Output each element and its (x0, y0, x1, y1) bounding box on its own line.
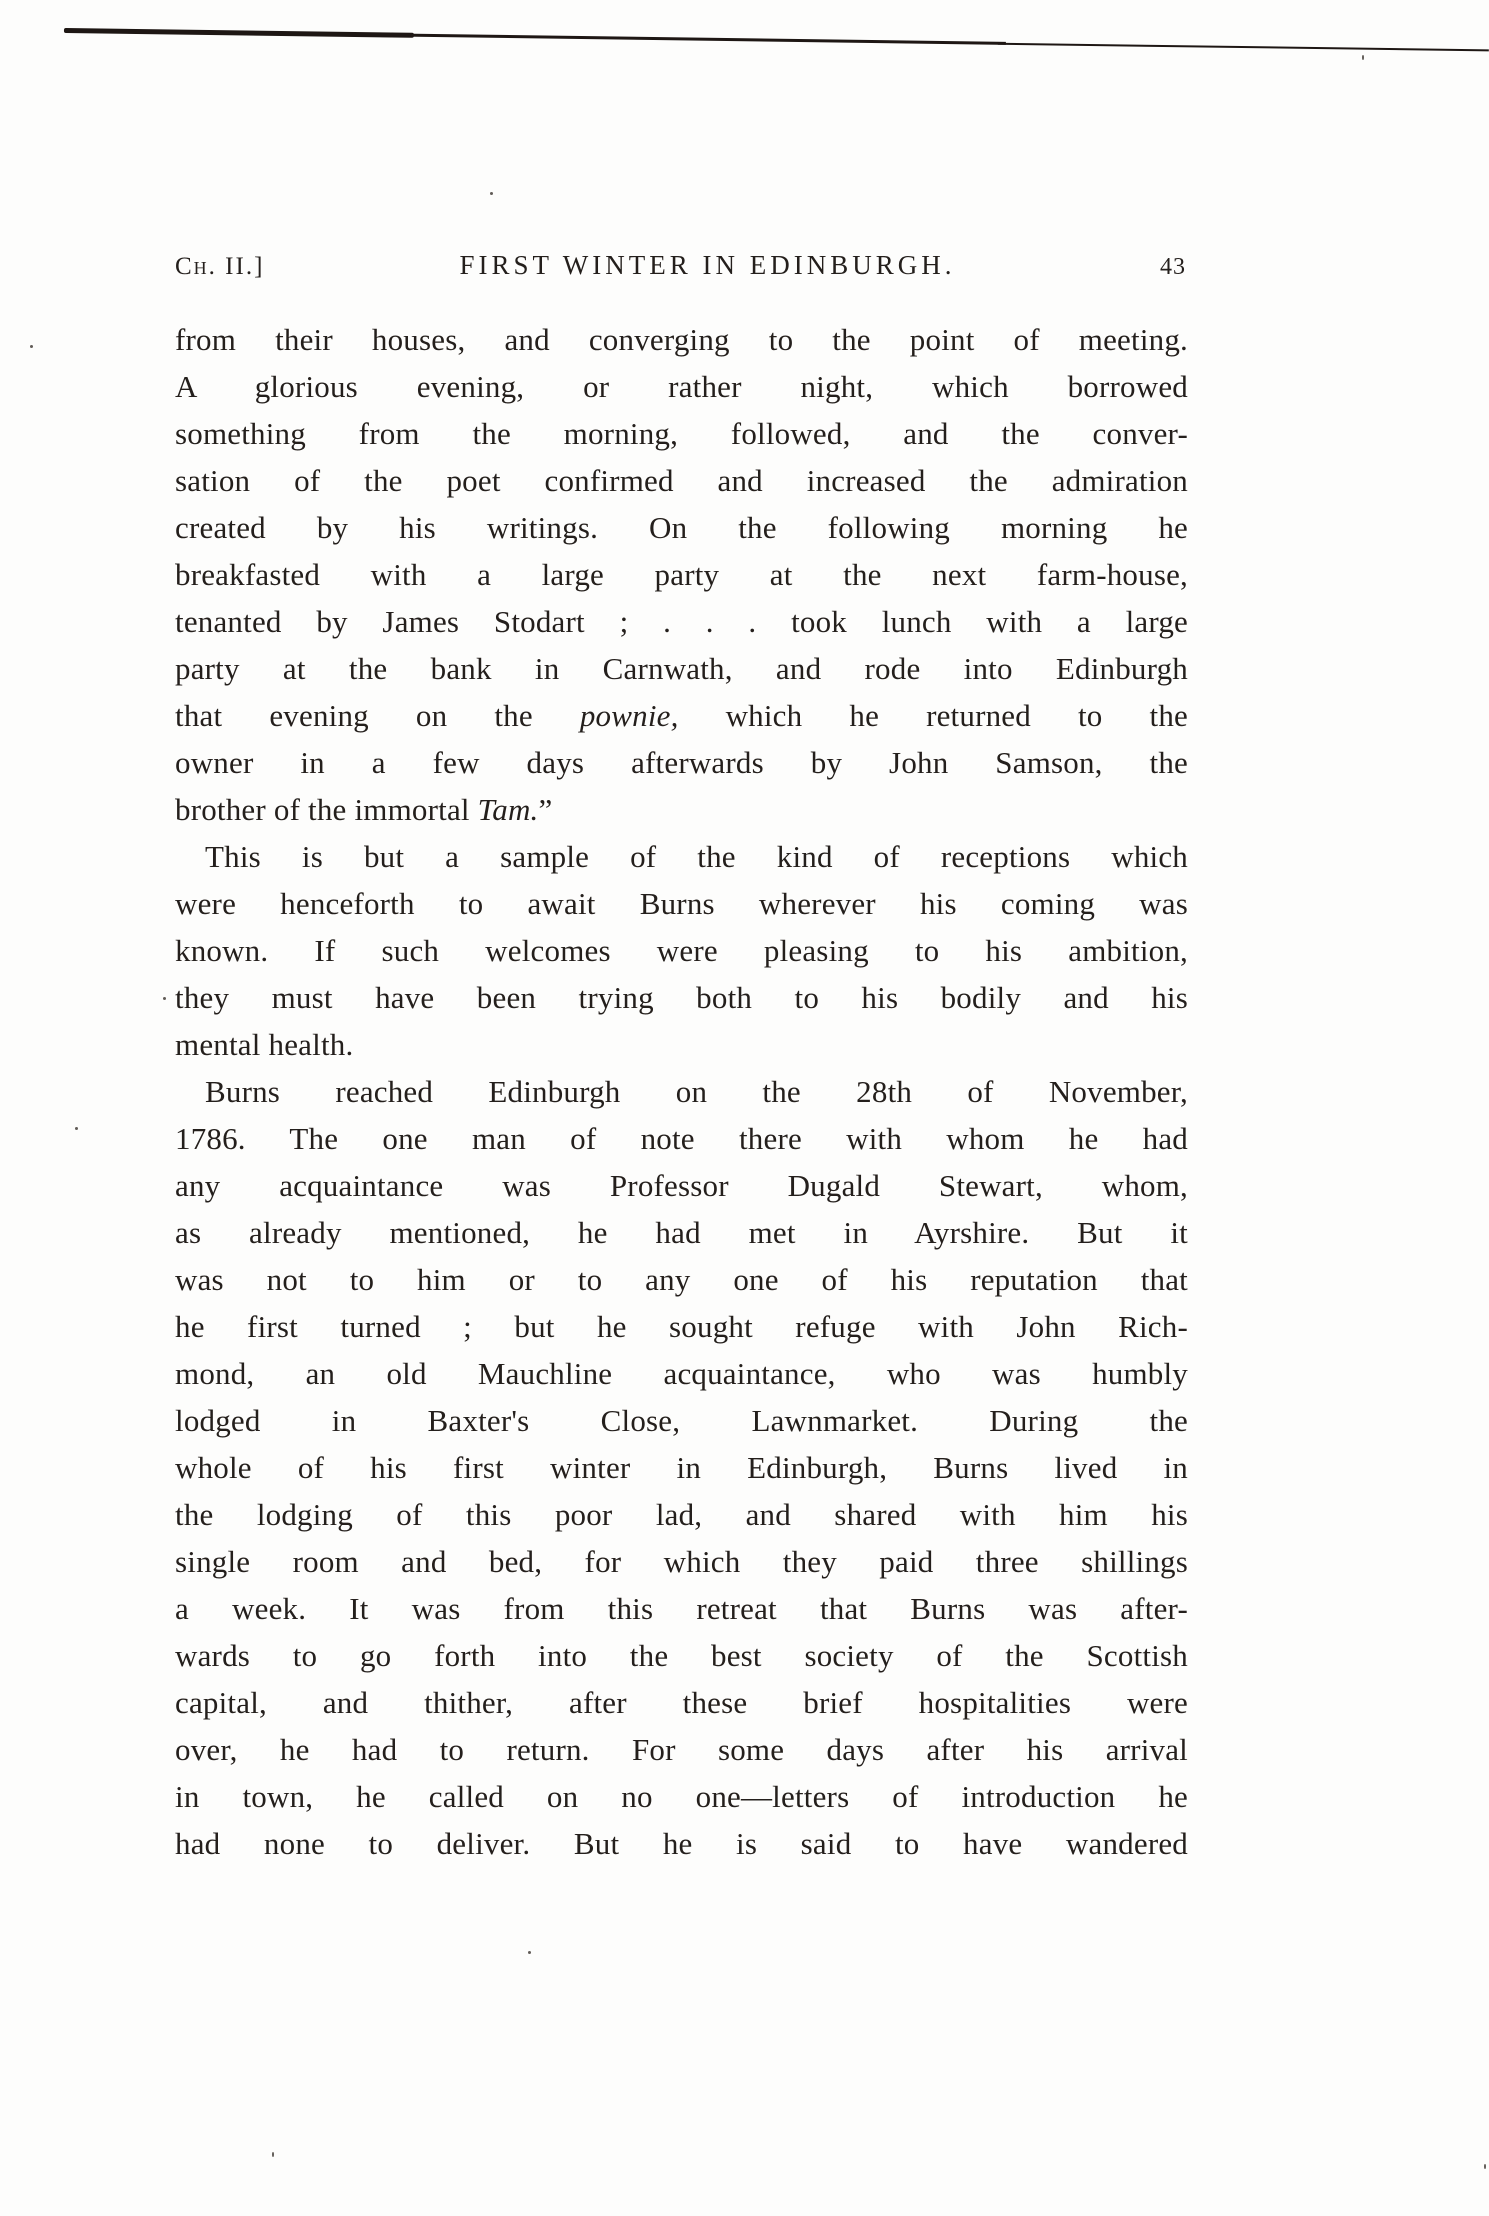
scan-speck (75, 1127, 78, 1130)
scan-speck (1362, 55, 1364, 60)
scan-speck (163, 997, 166, 1000)
text-line: a week. It was from this retreat that Bu… (175, 1585, 1188, 1632)
text-line: created by his writings. On the followin… (175, 504, 1188, 551)
text-line: that evening on the pownie, which he ret… (175, 692, 1188, 739)
running-header: Ch. II.] FIRST WINTER IN EDINBURGH. 43 (175, 250, 1188, 292)
scan-speck (490, 192, 493, 195)
text-line: wards to go forth into the best society … (175, 1632, 1188, 1679)
text-line: A glorious evening, or rather night, whi… (175, 363, 1188, 410)
text-line: Burns reached Edinburgh on the 28th of N… (175, 1068, 1188, 1115)
page-title: FIRST WINTER IN EDINBURGH. (227, 250, 1188, 281)
scan-speck (30, 345, 33, 348)
body-text: from their houses, and converging to the… (175, 316, 1188, 1867)
text-line: lodged in Baxter's Close, Lawnmarket. Du… (175, 1397, 1188, 1444)
text-line: 1786. The one man of note there with who… (175, 1115, 1188, 1162)
scan-rule-segment (64, 28, 414, 38)
text-line: party at the bank in Carnwath, and rode … (175, 645, 1188, 692)
scan-rule-artifact (64, 28, 1489, 53)
text-line: over, he had to return. For some days af… (175, 1726, 1188, 1773)
text-line: owner in a few days afterwards by John S… (175, 739, 1188, 786)
scan-speck (1484, 2164, 1486, 2169)
text-line: as already mentioned, he had met in Ayrs… (175, 1209, 1188, 1256)
text-line: known. If such welcomes were pleasing to… (175, 927, 1188, 974)
text-line: sation of the poet confirmed and increas… (175, 457, 1188, 504)
text-line: were henceforth to await Burns wherever … (175, 880, 1188, 927)
text-line: had none to deliver. But he is said to h… (175, 1820, 1188, 1867)
text-line: mond, an old Mauchline acquaintance, who… (175, 1350, 1188, 1397)
text-line: they must have been trying both to his b… (175, 974, 1188, 1021)
text-line: brother of the immortal Tam.” (175, 786, 1188, 833)
text-line: was not to him or to any one of his repu… (175, 1256, 1188, 1303)
scan-rule-segment (406, 34, 1006, 45)
text-line: the lodging of this poor lad, and shared… (175, 1491, 1188, 1538)
text-line: breakfasted with a large party at the ne… (175, 551, 1188, 598)
text-line: mental health. (175, 1021, 1188, 1068)
text-line: any acquaintance was Professor Dugald St… (175, 1162, 1188, 1209)
text-line: he first turned ; but he sought refuge w… (175, 1303, 1188, 1350)
text-line: something from the morning, followed, an… (175, 410, 1188, 457)
text-line: capital, and thither, after these brief … (175, 1679, 1188, 1726)
page-number: 43 (1160, 254, 1186, 281)
text-line: whole of his first winter in Edinburgh, … (175, 1444, 1188, 1491)
scan-speck (528, 1951, 531, 1954)
text-line: This is but a sample of the kind of rece… (175, 833, 1188, 880)
text-line: in town, he called on no one—letters of … (175, 1773, 1188, 1820)
text-line: from their houses, and converging to the… (175, 316, 1188, 363)
text-line: single room and bed, for which they paid… (175, 1538, 1188, 1585)
scanned-book-page: Ch. II.] FIRST WINTER IN EDINBURGH. 43 f… (0, 0, 1489, 2216)
scan-speck (272, 2152, 274, 2157)
scan-rule-segment (998, 43, 1489, 52)
text-line: tenanted by James Stodart ; . . . took l… (175, 598, 1188, 645)
